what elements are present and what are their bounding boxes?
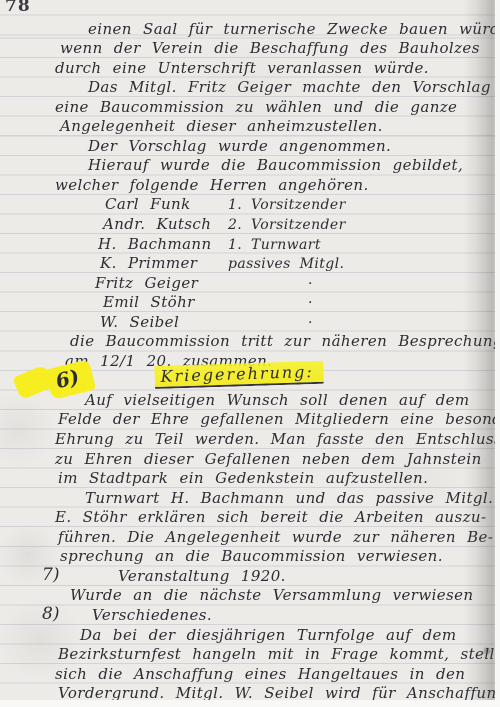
page-number: 78 [5,0,31,16]
manuscript-line: Das Mitgl. Fritz Geiger machte den Vorsc… [0,77,500,97]
manuscript-line: H. Bachmann 1. Turnwart [0,233,500,253]
manuscript-line: Der Vorschlag wurde angenommen. [0,135,500,155]
section-number: 7) [42,565,59,585]
manuscript-line: Turnwart H. Bachmann und das passive Mit… [0,487,500,507]
manuscript-lines: einen Saal für turnerische Zwecke bauen … [0,18,500,702]
line-text: Wurde an die nächste Versammlung verwies… [70,586,474,604]
member-role: 1. Vorsitzender [228,197,346,213]
manuscript-line: sich die Anschaffung eines Hangeltaues i… [0,663,500,683]
line-text: Turnwart H. Bachmann und das passive Mit… [85,489,493,507]
line-text: sich die Anschaffung eines Hangeltaues i… [55,665,465,683]
line-text: führen. Die Angelegenheit wurde zur nähe… [58,528,493,546]
manuscript-line: Angelegenheit dieser anheimzustellen. [0,116,500,136]
member-role: 1. Turnwart [228,237,321,253]
manuscript-line: W. Seibel · [0,311,500,331]
line-text: durch eine Unterschrift veranlassen würd… [55,59,429,77]
manuscript-line: im Stadtpark ein Gedenkstein aufzustelle… [0,468,500,488]
line-text: Emil Stöhr [103,293,195,311]
manuscript-line: welcher folgende Herren angehören. [0,174,500,194]
line-text: Da bei der diesjährigen Turnfolge auf de… [80,626,456,644]
member-role: · [308,315,313,331]
manuscript-line: Carl Funk 1. Vorsitzender [0,194,500,214]
manuscript-line: durch eine Unterschrift veranlassen würd… [0,57,500,77]
line-text: Verschiedenes. [92,606,212,624]
manuscript-line: Da bei der diesjährigen Turnfolge auf de… [0,624,500,644]
manuscript-line: Fritz Geiger · [0,272,500,292]
manuscript-line: E. Stöhr erklären sich bereit die Arbeit… [0,507,500,527]
line-text: Veranstaltung 1920. [118,567,286,585]
line-text: Auf vielseitigen Wunsch soll denen auf d… [85,391,469,409]
manuscript-line: wenn der Verein die Beschaffung des Bauh… [0,38,500,58]
manuscript-line: 6) Kriegerehrung: [0,370,500,390]
manuscript-line: Hierauf wurde die Baucommission gebildet… [0,155,500,175]
manuscript-line: Felde der Ehre gefallenen Mitgliedern ei… [0,409,500,429]
line-text: Hierauf wurde die Baucommission gebildet… [88,156,463,174]
line-text: die Baucommission tritt zur näheren Besp… [70,332,500,350]
line-text: Bezirksturnfest hangeln mit in Frage kom… [58,645,500,663]
line-text: einen Saal für turnerische Zwecke bauen … [88,20,500,38]
manuscript-line: eine Baucommission zu wählen und die gan… [0,96,500,116]
manuscript-line: einen Saal für turnerische Zwecke bauen … [0,18,500,38]
section-number: 8) [42,604,59,624]
manuscript-line: Wurde an die nächste Versammlung verwies… [0,585,500,605]
line-text: eine Baucommission zu wählen und die gan… [55,98,457,116]
member-role: passives Mitgl. [228,256,344,272]
line-text: Fritz Geiger [95,274,198,292]
manuscript-line: 7) Veranstaltung 1920. [0,565,500,585]
line-text: wenn der Verein die Beschaffung des Bauh… [60,39,480,57]
line-text: E. Stöhr erklären sich bereit die Arbeit… [55,508,486,526]
member-role: · [308,276,313,292]
manuscript-line: zu Ehren dieser Gefallenen neben dem Jah… [0,448,500,468]
line-text: zu Ehren dieser Gefallenen neben dem Jah… [55,450,482,468]
line-text: W. Seibel [100,313,179,331]
line-text: Ehrung zu Teil werden. Man fasste den En… [55,430,500,448]
line-text: K. Primmer [100,254,197,272]
member-role: · [308,295,313,311]
line-text: H. Bachmann [98,235,212,253]
line-text: Kriegerehrung: [154,361,324,389]
manuscript-line: K. Primmer passives Mitgl. [0,253,500,273]
line-text: Das Mitgl. Fritz Geiger machte den Vorsc… [88,78,491,96]
manuscript-line: Ehrung zu Teil werden. Man fasste den En… [0,428,500,448]
manuscript-line: sprechung an die Baucommission verwiesen… [0,546,500,566]
line-text: im Stadtpark ein Gedenkstein aufzustelle… [58,469,428,487]
line-text: sprechung an die Baucommission verwiesen… [60,547,443,565]
line-text: Felde der Ehre gefallenen Mitgliedern ei… [58,410,500,428]
manuscript-line: Andr. Kutsch 2. Vorsitzender [0,213,500,233]
member-role: 2. Vorsitzender [228,217,346,233]
line-text: Carl Funk [105,195,191,213]
manuscript-line: Bezirksturnfest hangeln mit in Frage kom… [0,644,500,664]
line-text: Der Vorschlag wurde angenommen. [88,137,391,155]
line-text: Angelegenheit dieser anheimzustellen. [60,117,383,135]
scan-bottom-edge [0,700,500,707]
line-text: Andr. Kutsch [103,215,211,233]
manuscript-line: die Baucommission tritt zur näheren Besp… [0,331,500,351]
scan-right-edge [495,0,500,707]
manuscript-line: 8) Verschiedenes. [0,604,500,624]
scanned-manuscript-page: 78 einen Saal für turnerische Zwecke bau… [0,0,500,707]
manuscript-line: Emil Stöhr · [0,292,500,312]
manuscript-line: führen. Die Angelegenheit wurde zur nähe… [0,526,500,546]
line-text: welcher folgende Herren angehören. [55,176,369,194]
